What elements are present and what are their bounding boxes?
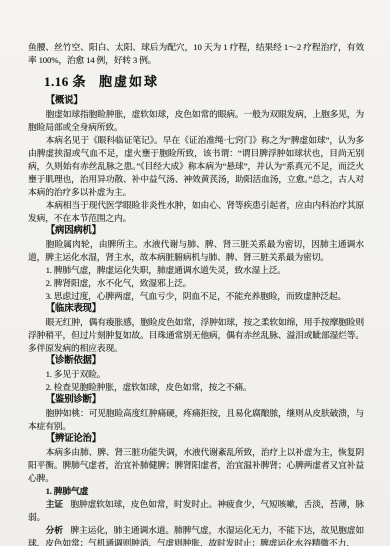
numbered-item: 3. 思虑过度，心脾两虚，气血亏少，阴血不足，不能充养胞睑，而致虚肿泛起。 xyxy=(28,290,364,303)
section-differential-diagnosis: 【鉴别诊断】 胞肿如桃：可见胞睑高度红肿痛硬，疼痛拒按，且易化腐酿脓，继则从皮肤… xyxy=(28,394,364,433)
numbered-item: 1. 多见于双睑。 xyxy=(28,368,364,381)
numbered-item: 2. 检查见胞睑肿胀，虚软如球，皮色如常，按之不痛。 xyxy=(28,381,364,394)
paragraph-main-symptoms: 主证胞肿虚软如球，皮色如常，时发时止。神疲食少，气短咳嗽，舌淡，苔薄，脉弱。 xyxy=(28,498,364,524)
section-title-etiology: 【病因病机】 xyxy=(28,225,364,238)
chapter-heading: 1.16 条胞虚如球 xyxy=(44,73,364,90)
section-diagnostic-criteria: 【诊断依据】 1. 多见于双睑。 2. 检查见胞睑肿胀，虚软如球，皮色如常，按之… xyxy=(28,355,364,394)
main-symptoms-text: 胞肿虚软如球，皮色如常，时发时止。神疲食少，气短咳嗽，舌淡，苔薄，脉弱。 xyxy=(28,499,364,522)
chapter-title: 胞虚如球 xyxy=(99,74,159,89)
paragraph-analysis: 分析脾主运化，肺主通调水道。肺脾气虚，水湿运化无力，不能下达，故见胞虚如球，皮色… xyxy=(28,524,364,546)
paragraph: 本病名见于《眼科临证笔记》。早在《证治准绳·七窍门》称之为“脾虚如球”，认为多由… xyxy=(28,134,364,199)
paragraph: 本病多由肺、脾、肾三脏功能失调，水液代谢紊乱所致，治疗上以补虚为主，恢复阴阳平衡… xyxy=(28,446,364,485)
paragraph: 本病相当于现代医学眼睑非炎性水肿，如由心、肾等疾患引起者，应由内科治疗其原发病，… xyxy=(28,199,364,225)
lead-label-analysis: 分析 xyxy=(46,525,63,535)
chapter-number: 1.16 条 xyxy=(44,74,86,89)
section-etiology-pathogenesis: 【病因病机】 胞睑属肉轮，由脾所主。水液代谢与肺、脾、肾三脏关系最为密切，因肺主… xyxy=(28,225,364,303)
lead-label-main-symptoms: 主证 xyxy=(46,499,63,509)
section-title-clinical: 【临床表现】 xyxy=(28,303,364,316)
scanned-book-page: 鱼腰、丝竹空、阳白、太阳、球后为配穴，10 天为 1 疗程，结果经 1～2 疗程… xyxy=(0,0,390,546)
paragraph: 眼无红肿，偶有痠胀感，胞睑皮色如常，浮肿如球，按之柔软如绵，用手按摩胞睑则浮肿稍… xyxy=(28,316,364,355)
section-title-diagnosis: 【诊断依据】 xyxy=(28,355,364,368)
section-clinical-manifestations: 【临床表现】 眼无红肿，偶有痠胀感，胞睑皮色如常，浮肿如球，按之柔软如绵，用手按… xyxy=(28,303,364,355)
numbered-item: 2. 脾肾阳虚，水不化气，致湿邪上泛。 xyxy=(28,277,364,290)
subsection-heading: 1. 脾肺气虚 xyxy=(28,485,364,498)
intro-continuation-paragraph: 鱼腰、丝竹空、阳白、太阳、球后为配穴，10 天为 1 疗程，结果经 1～2 疗程… xyxy=(28,41,364,67)
analysis-text: 脾主运化，肺主通调水道。肺脾气虚，水湿运化无力，不能下达，故见胞虚如球，皮色如常… xyxy=(28,525,364,546)
paragraph: 胞虚如球指胞睑肿胀，虚软如球，皮色如常的眼病。一般为双眼发病，上胞多见，为胞睑局… xyxy=(28,108,364,134)
section-title-differential: 【鉴别诊断】 xyxy=(28,394,364,407)
section-title-overview: 【概说】 xyxy=(28,95,364,108)
section-syndrome-treatment: 【辨证论治】 本病多由肺、脾、肾三脏功能失调，水液代谢紊乱所致，治疗上以补虚为主… xyxy=(28,433,364,546)
section-overview: 【概说】 胞虚如球指胞睑肿胀，虚软如球，皮色如常的眼病。一般为双眼发病，上胞多见… xyxy=(28,95,364,225)
section-title-treatment: 【辨证论治】 xyxy=(28,433,364,446)
paragraph: 胞睑属肉轮，由脾所主。水液代谢与肺、脾、肾三脏关系最为密切，因肺主通调水道，脾主… xyxy=(28,238,364,264)
paragraph: 胞肿如桃：可见胞睑高度红肿痛硬，疼痛拒按，且易化腐酿脓，继则从皮肤破溃，与本症有… xyxy=(28,407,364,433)
numbered-item: 1. 脾肺气虚，脾虚运化失职，肺虚通调水道失灵，致水湿上泛。 xyxy=(28,264,364,277)
